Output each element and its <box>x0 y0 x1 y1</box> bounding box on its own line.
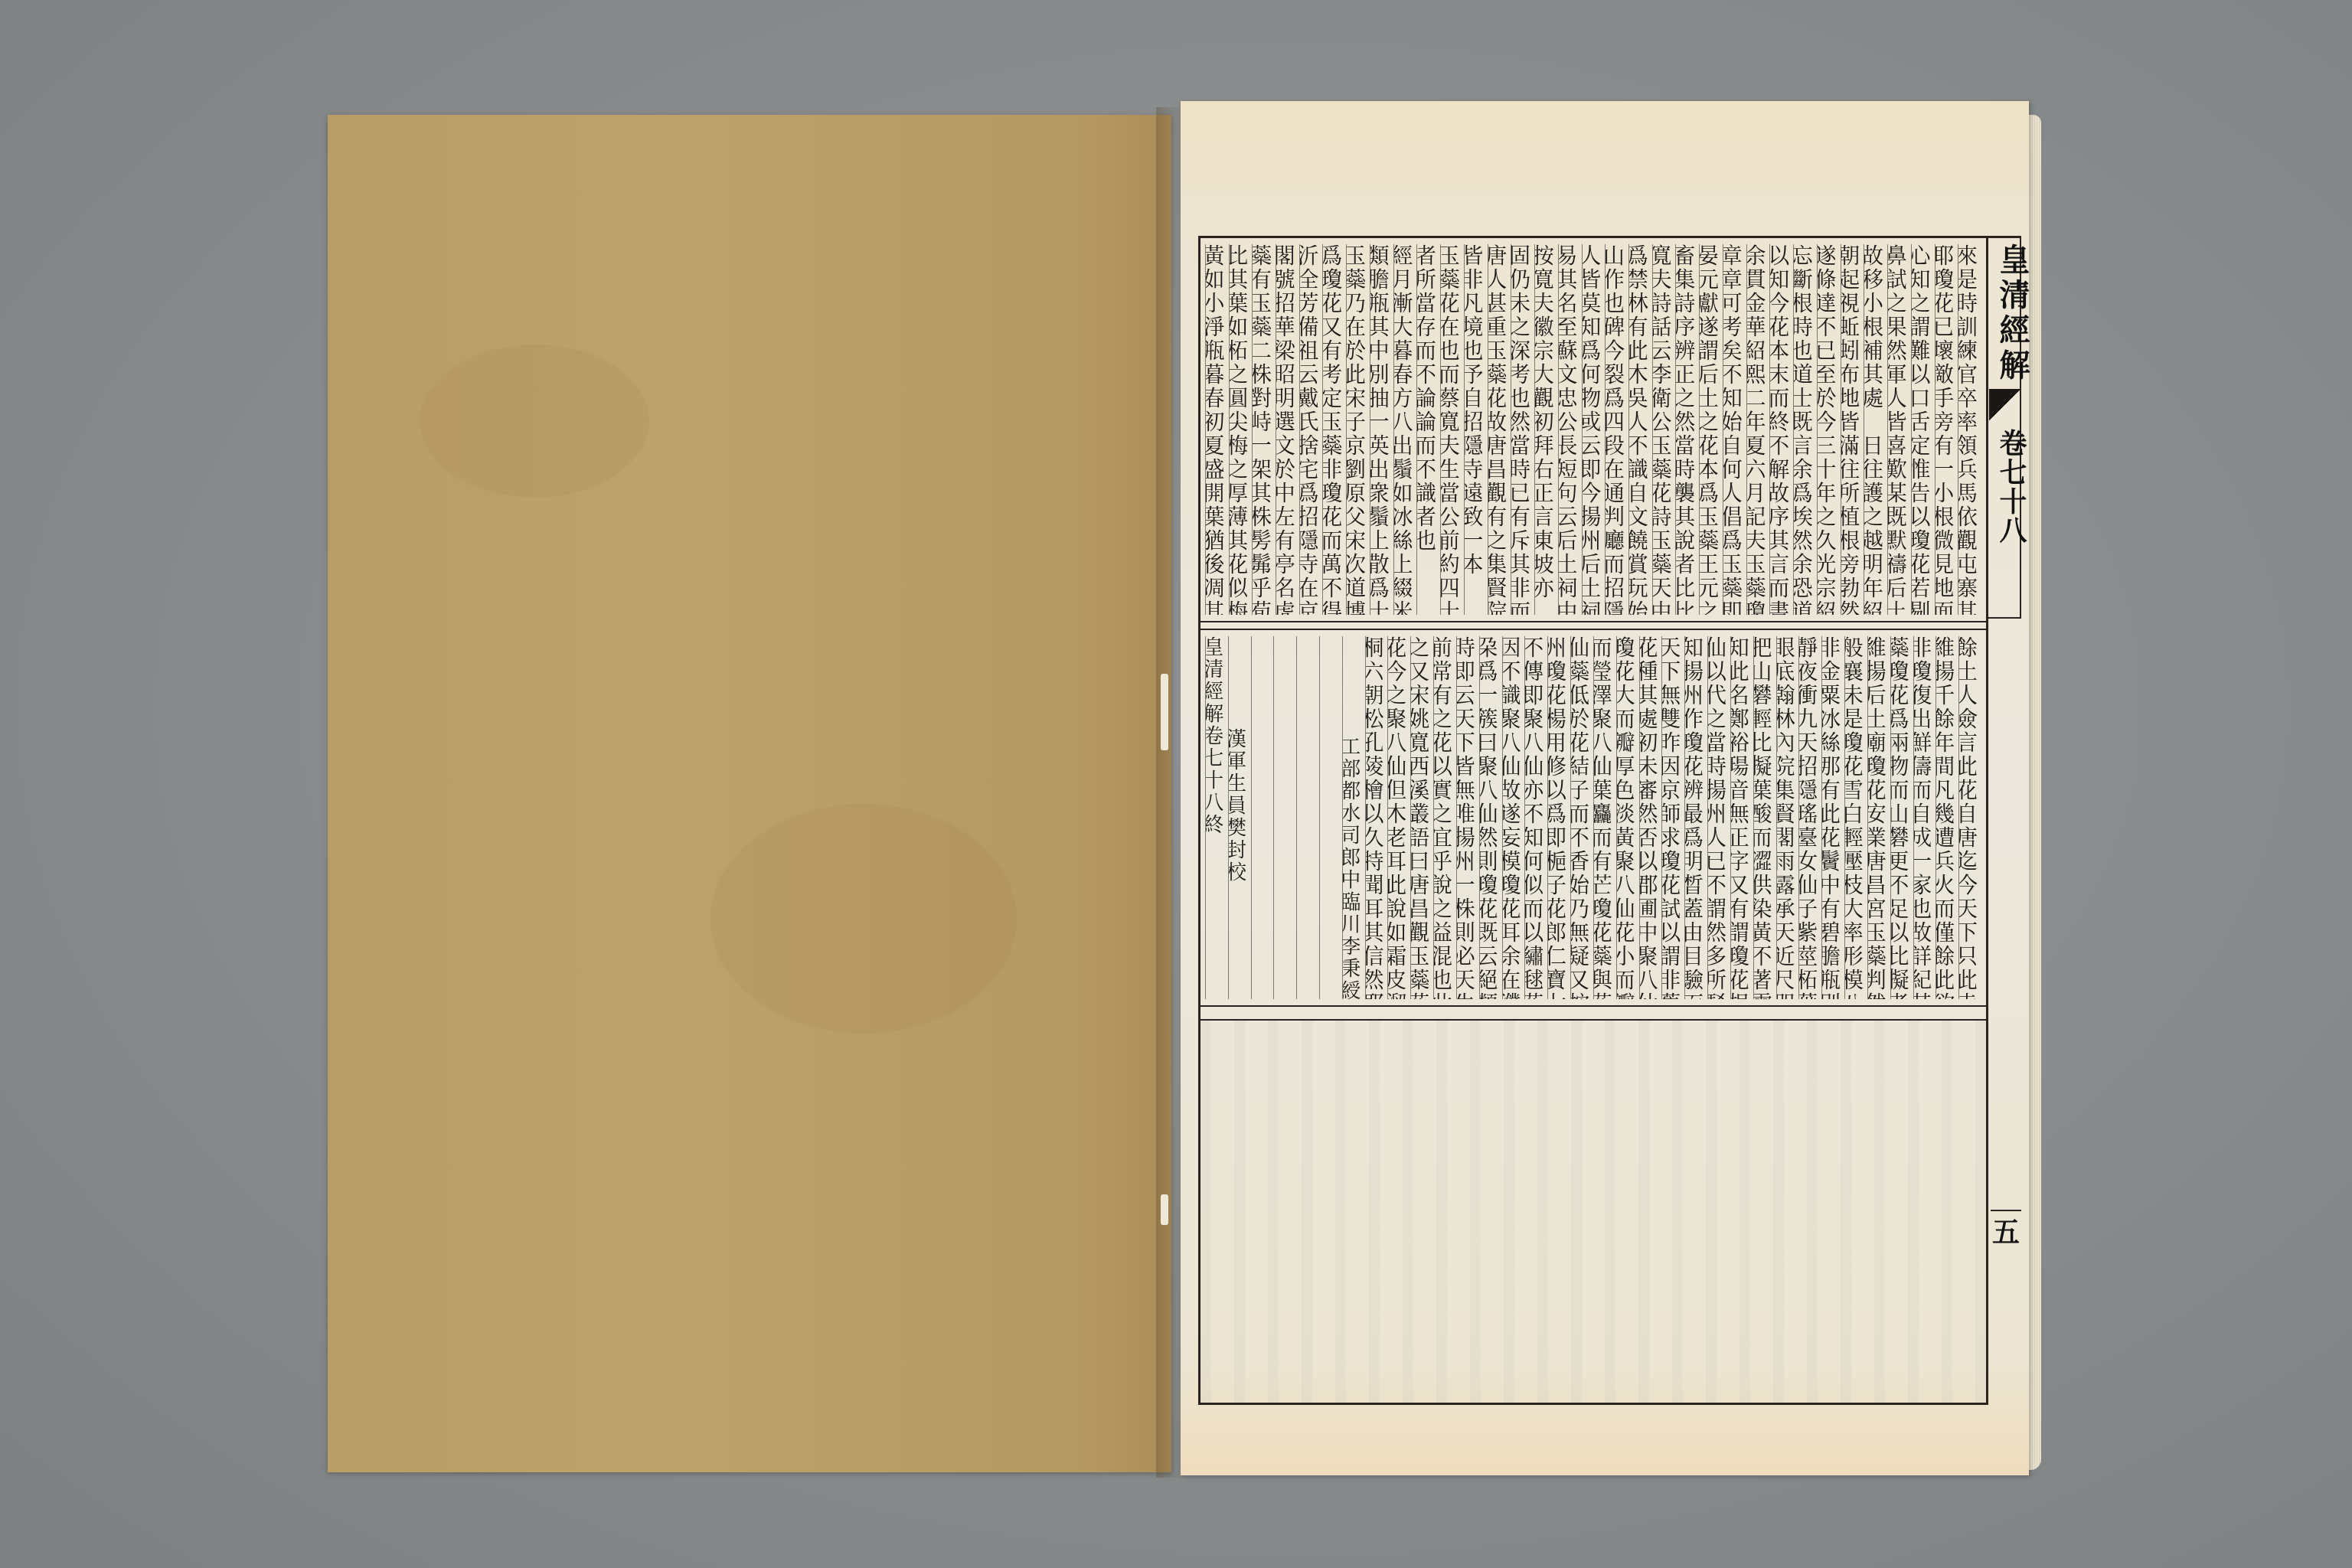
text-column: 固仍未之深考也然當時已有斥其非而 <box>1511 244 1534 615</box>
volume-label: 卷七十八 <box>1992 429 2031 545</box>
text-column: 唐人甚重玉蘂花故唐昌觀有之集賢院 <box>1488 244 1511 615</box>
proofreader-line: 漢軍生員樊封校 <box>1228 636 1251 999</box>
left-page-endpaper <box>328 115 1171 1472</box>
empty-column <box>1319 636 1342 999</box>
text-column: 爲瓊花又有考定玉蘂非瓊花而萬不得以山礬冒之者陳景 <box>1322 244 1346 615</box>
text-column: 比其葉如柘之圓尖梅之厚薄其花似梅而萃瓣縮小厥心微 <box>1229 244 1253 615</box>
text-column: 蘂有玉蘂二株對峙一架其株髣髴乎荀蒟而非荀蒟之所可 <box>1252 244 1276 615</box>
text-column: 不傳即聚八仙亦不知何似而以繡毬花當之余謂郎與楊皆 <box>1524 636 1547 999</box>
text-column: 天下無雙昨因京師求瓊花試以謂非舊種其實當以聚八仙 <box>1661 636 1684 999</box>
text-column: 蘂瓊花爲兩物而山礬更不足以比擬者宋鄭域玉蘂花詩云 <box>1890 636 1913 999</box>
text-column: 按寬夫徽宗大觀初拜右正言東坡亦 <box>1534 244 1558 615</box>
text-column: 朝起視蚯蚓布地皆滿往所植根旁勃然三櫱從根出矣自是 <box>1841 244 1864 615</box>
text-column: 遂條達不已至於今三十年之久光宗紹熙二年辛亥見婆娑偃蓋常不 <box>1817 244 1841 615</box>
text-column: 維揚后土廟瓊花安業唐昌宮玉蘂判然兩物本不同奐作一 <box>1867 636 1890 999</box>
upper-text-columns: 來是時訓練官卒率領兵馬依觀屯寨其軍人接某曰觀主至耶瓊花已壞敵手旁有一小根微見地面… <box>1205 244 1981 615</box>
text-column: 晏元獻遂謂后土之花本爲玉蘂王元之始更名瓊花余據小 <box>1699 244 1723 615</box>
text-column: 故移小根補其處 日往護之越明年紹興三十二年戊午二月既望夜中大雷雨 <box>1864 244 1887 615</box>
text-column: 桐六朝松孔陵檜以久特聞耳其信然耶姑附錄於後 <box>1365 636 1388 999</box>
text-column: 州瓊花楊用修以爲即梔子花郎仁寶七修類藁謂不但瓊花 <box>1547 636 1570 999</box>
text-column: 之又宋姚寬西溪叢語曰唐昌觀玉蘂花今之散水花揚州瓊 <box>1410 636 1433 999</box>
text-column: 餘土人僉言此花自唐迄今天下只此寺二株亦猶瓊花之於 <box>1958 636 1981 999</box>
text-column: 花今之聚八仙但木老耳此說如霜皮溜雨之柏百尺無枝之 <box>1387 636 1410 999</box>
text-column: 非金粟冰絲那有此花鬢中有碧膽瓶別出玲瓏高半指清馨 <box>1821 636 1844 999</box>
upper-register: 來是時訓練官卒率領兵馬依觀屯寨其軍人接某曰觀主至耶瓊花已壞敵手旁有一小根微見地面… <box>1200 238 1986 622</box>
empty-column <box>1273 636 1296 999</box>
text-column: 者所當存而不論論而不識者也 <box>1416 244 1440 615</box>
text-column: 畜集詩序辨正之然當時襲其說者比比然也漁隱叢話載蔡 <box>1675 244 1699 615</box>
text-column: 耶瓊花已壞敵手旁有一小根微見地面可識認非其種否某 <box>1935 244 1958 615</box>
text-column: 心知之謂難以口舌定惟告以瓊花若剔其根枝投之火則干 <box>1911 244 1935 615</box>
text-column: 易其名至蘇文忠公長短句云后土祠中 <box>1558 244 1582 615</box>
text-column: 經月漸大暮春方八出鬚如冰絲上綴米粟花心復有碧筒狀 <box>1393 244 1417 615</box>
text-column: 花種其處初未審然否以郡圃中聚八仙細辨之有不同者三 <box>1639 636 1662 999</box>
binding-thread <box>1161 674 1168 750</box>
text-column: 爲禁林有此木吳人不識自文饒賞玩始 <box>1628 244 1652 615</box>
text-column: 類膽瓶其中別抽一英出衆鬚上散爲十餘蘂猶刻玉然花名 <box>1370 244 1393 615</box>
empty-column <box>1251 636 1274 999</box>
text-column: 閣號招華梁昭明選文於中左有亭名虎跑鹿跑右有亭名玉 <box>1276 244 1299 615</box>
text-column: 寬夫詩話云李衛公玉蘂花詩玉蘂天中樹金聲自古稱 <box>1652 244 1676 615</box>
text-column: 因不識聚八仙故遂妄模瓊花耳余在濮州見有花如茉莉八 <box>1502 636 1525 999</box>
text-column: 知揚州作瓊花辨最爲明晳蓋由目驗而論定之其言曰瓊花 <box>1684 636 1707 999</box>
text-column: 余貫金華紹熙二年夏六月記夫玉蘂瓊花判然兩物如上事 <box>1746 244 1770 615</box>
fish-tail-ornament-icon <box>1989 389 2020 423</box>
text-column: 以知今花本末而終不解故序其言而書之道士姓唐名太寧 <box>1769 244 1793 615</box>
text-column: 瓊花大而瓣厚色淡黃聚八仙花小而瓣薄色微青瓊花葉柔 <box>1616 636 1639 999</box>
text-column: 前常有之花以實之宜乎說之益混也此蓋亦由目驗而論定 <box>1433 636 1456 999</box>
binding-thread <box>1161 1194 1168 1225</box>
text-column: 山作也碑今裂爲四段在通判廳而招隱 <box>1605 244 1628 615</box>
text-column: 仙以代之當時揚州人已不謂然多所駁正而淳熙中鄭興裔 <box>1707 636 1730 999</box>
paper-stain <box>710 804 1017 1034</box>
empty-column <box>1296 636 1319 999</box>
text-column: 朶爲一簇曰聚八仙然則瓊花既云絕類則亦必八朶相簇當 <box>1479 636 1502 999</box>
text-column: 沂全芳備祖云戴氏捨宅爲招隱寺在京口放鶴門外方丈有 <box>1299 244 1323 615</box>
text-column: 把山礬輕比擬葉酸而澀供染黃不著霜縑偏入紙江鄉老少 <box>1753 636 1776 999</box>
text-column: 忘斷根時也道士既言余爲埃然余恐道士老且死後來者無 <box>1793 244 1817 615</box>
text-column: 時即云天下皆無唯揚州一株則必天生別一奇種而乃求目 <box>1456 636 1479 999</box>
paper-stain <box>420 345 649 498</box>
text-column: 靜夜衝九天招隱瑤臺女仙子紫莖柘葉荼蘼條少到尋常人 <box>1798 636 1821 999</box>
text-column: 人皆莫知爲何物或云即今揚州后土祠中 <box>1582 244 1606 615</box>
print-frame: 來是時訓練官卒率領兵馬依觀屯寨其軍人接某曰觀主至耶瓊花已壞敵手旁有一小根微見地面… <box>1198 236 1988 1405</box>
text-column: 來是時訓練官卒率領兵馬依觀屯寨其軍人接某曰觀主至 <box>1958 244 1981 615</box>
middle-register: 餘土人僉言此花自唐迄今天下只此寺二株亦猶瓊花之於維揚千餘年間凡幾遭兵火而僅餘此欲… <box>1200 629 1986 1007</box>
lower-register-blank <box>1200 1019 1986 1403</box>
publisher-line: 工部都水司郎中臨川李秉綬刊 <box>1342 636 1365 999</box>
text-column: 眼底翰林內院集賢閣雨露承天近尺咫後人不識天上花又 <box>1776 636 1799 999</box>
book-title: 皇清經解 <box>1991 243 2034 384</box>
text-column: 章章可考矣不知始自何人倡爲玉蘂即瓊花之說而盛諫議 <box>1723 244 1746 615</box>
text-column: 維揚千餘年間凡幾遭兵火而僅餘此欲天下皆知此花非攀 <box>1935 636 1958 999</box>
volume-end-mark: 皇清經解卷七十八終 <box>1205 636 1228 999</box>
text-column: 知此名鄭裕瑒音無正字又有謂瓊花根株掘去後補栽聚八 <box>1730 636 1753 999</box>
page-number: 五 <box>1991 1210 2021 1257</box>
text-column: 仙蘂低於花結子而不香始乃無疑又按謝肇淛五雜組云揚 <box>1570 636 1593 999</box>
text-column: 皆非凡境也予自招隱寺遠致一本 <box>1464 244 1488 615</box>
text-column: 玉蘂花在也而蔡寬夫生當公前約四十花壯遠言也所見果辯有無存亡之間然 <box>1440 244 1464 615</box>
text-column: 玉蘂乃在於此宋子京劉原父宋次道博洽無比不知何故疑 <box>1346 244 1370 615</box>
middle-text-columns: 餘土人僉言此花自唐迄今天下只此寺二株亦猶瓊花之於維揚千餘年間凡幾遭兵火而僅餘此欲… <box>1205 636 1981 999</box>
text-column: 黃如小淨瓶暮春初夏盛開葉猶後凋其白玉其香殊其高丈 <box>1205 244 1229 615</box>
text-column: 而瑩澤聚八仙葉麤而有芒瓊花蘂與花平不結子而香聚八 <box>1593 636 1616 999</box>
text-column: 般襄未是瓊花雪白輕壓枝大率形模八仙耳比之玉蘂似實 <box>1844 636 1867 999</box>
text-column: 非瓊復出鮮儔而自成一家也故詳紀其本末云又有考定玉 <box>1913 636 1936 999</box>
text-column: 鼻試之果然軍人皆喜歎某既默禱后土移植無花處 <box>1887 244 1911 615</box>
